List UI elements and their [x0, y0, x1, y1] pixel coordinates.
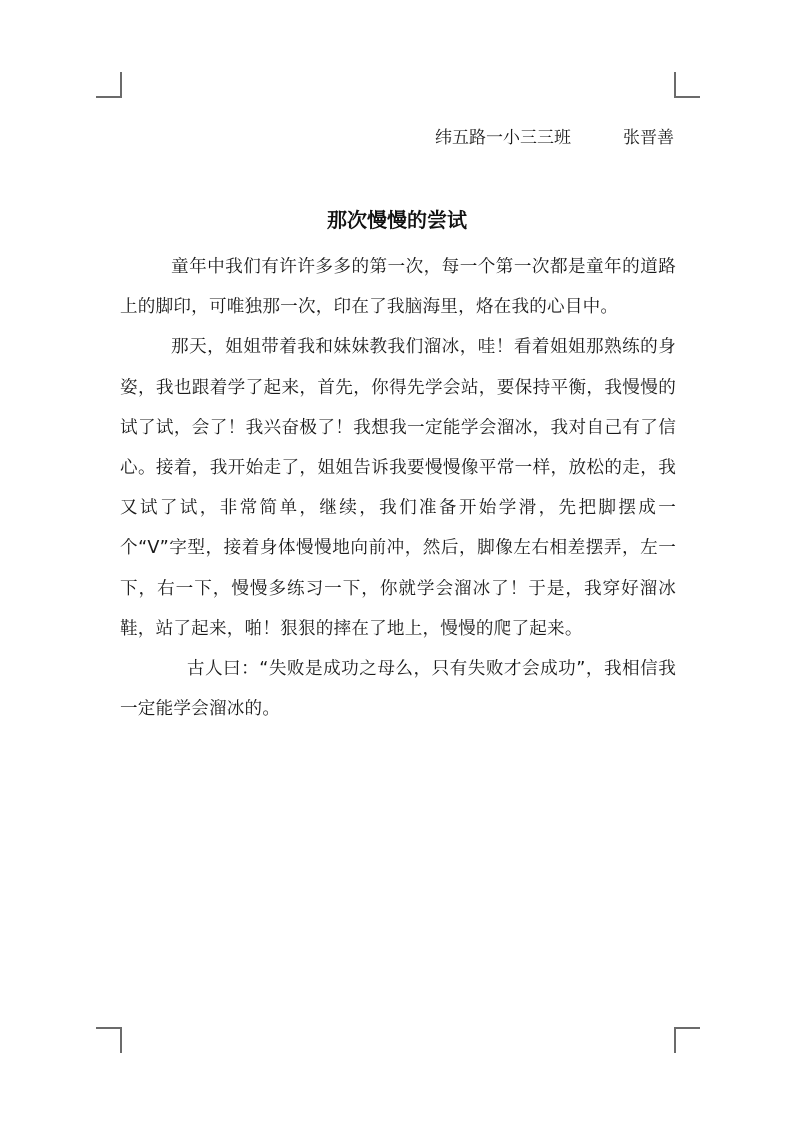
crop-mark-top-left	[96, 72, 122, 98]
paragraph-3: 古人曰：“失败是成功之母么，只有失败才会成功”，我相信我一定能学会溜冰的。	[120, 649, 676, 729]
crop-mark-top-right	[674, 72, 700, 98]
document-body: 童年中我们有许许多多的第一次，每一个第一次都是童年的道路上的脚印，可唯独那一次，…	[120, 247, 676, 729]
crop-mark-bottom-right	[674, 1027, 700, 1053]
paragraph-2: 那天，姐姐带着我和妹妹教我们溜冰，哇！看着姐姐那熟练的身姿，我也跟着学了起来，首…	[120, 327, 676, 649]
crop-mark-bottom-left	[96, 1027, 122, 1053]
byline-author: 张晋善	[623, 128, 674, 148]
byline-school-class: 纬五路一小三三班	[435, 128, 571, 148]
document-title: 那次慢慢的尝试	[0, 205, 794, 235]
byline: 纬五路一小三三班张晋善	[435, 126, 674, 150]
paragraph-1: 童年中我们有许许多多的第一次，每一个第一次都是童年的道路上的脚印，可唯独那一次，…	[120, 247, 676, 327]
